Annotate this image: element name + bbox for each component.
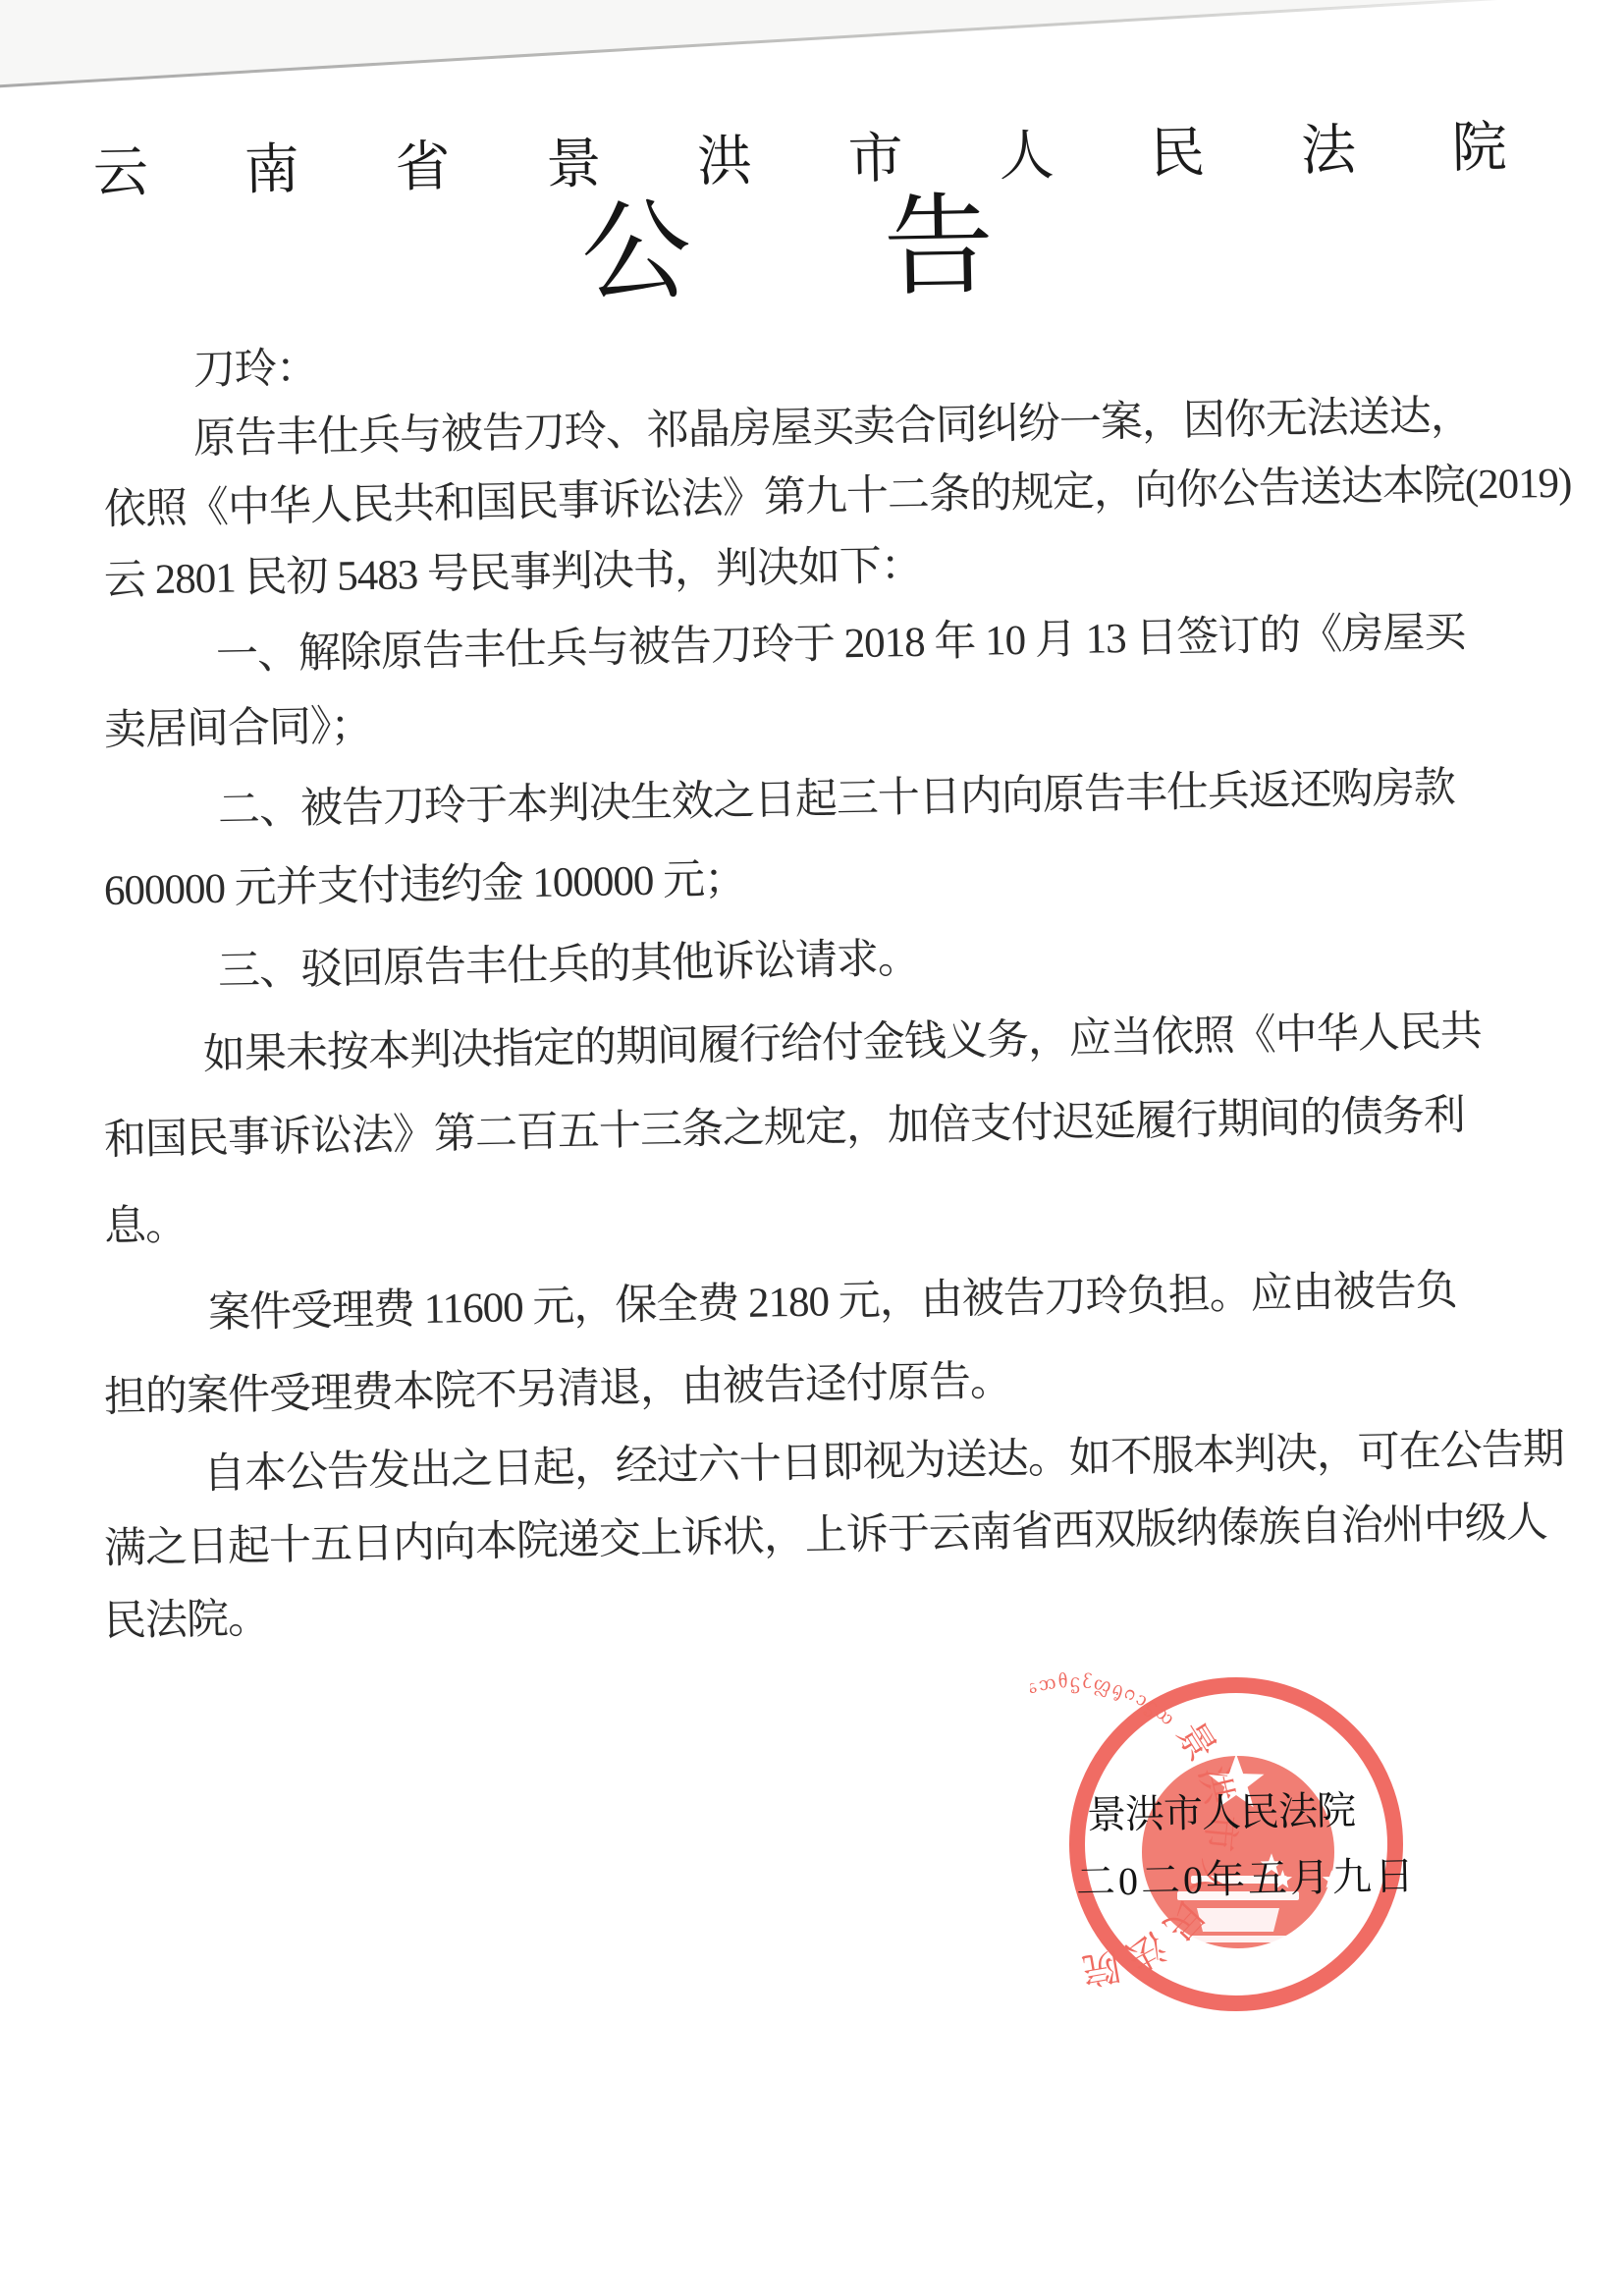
emblem-gate-band bbox=[1185, 1936, 1291, 1942]
body-line: 依照《中华人民共和国民事诉讼法》第九十二条的规定，向你公告送达本院(2019) bbox=[103, 455, 1571, 540]
official-seal: 景洪市人民法院 ᦵᦈᧂᦣᦳᧂᦉᦹᧈᦘᦲᧃᦷᦜᧂᦅᦱᧃᦉᦱ bbox=[1030, 1638, 1442, 2050]
header-char: 洪 bbox=[696, 118, 752, 197]
body-line: 案件受理费 11600 元，保全费 2180 元，由被告刀玲负担。应由被告负 bbox=[207, 1262, 1457, 1343]
header-char: 市 bbox=[847, 115, 903, 194]
header-char: 民 bbox=[1149, 109, 1205, 189]
body-line: 600000 元并支付违约金 100000 元； bbox=[103, 850, 745, 921]
issue-date: 二0二0年五月九日 bbox=[1075, 1845, 1417, 1907]
header-char: 南 bbox=[243, 126, 299, 205]
scanned-court-announcement: 云南省景洪市人民法院 公 告 刀玲： 原告丰仕兵与被告刀玲、祁晶房屋买卖合同纠纷… bbox=[0, 0, 1623, 2296]
body-line: 二、被告刀玲于本判决生效之日起三十日内向原告丰仕兵返还购房款 bbox=[217, 759, 1455, 841]
body-line: 息。 bbox=[103, 1196, 187, 1257]
body-line: 民法院。 bbox=[103, 1590, 269, 1652]
body-line: 原告丰仕兵与被告刀玲、祁晶房屋买卖合同纠纷一案，因你无法送达， bbox=[192, 387, 1472, 469]
salutation: 刀玲： bbox=[192, 340, 317, 401]
body-line: 自本公告发出之日起，经过六十日即视为送达。如不服本判决，可在公告期 bbox=[202, 1421, 1564, 1504]
body-line: 一、解除原告丰仕兵与被告刀玲于 2018 年 10 月 13 日签订的《房屋买 bbox=[215, 604, 1465, 685]
header-char: 云 bbox=[92, 129, 148, 208]
header-char: 法 bbox=[1300, 106, 1356, 186]
scanner-edge-shade bbox=[0, 0, 1623, 86]
court-signature: 景洪市人民法院 bbox=[1086, 1779, 1355, 1840]
body-line: 如果未按本判决指定的期间履行给付金钱义务，应当依照《中华人民共 bbox=[202, 1003, 1482, 1085]
body-line: 卖居间合同》； bbox=[103, 697, 372, 761]
header-char: 省 bbox=[395, 123, 451, 202]
body-line: 满之日起十五日内向本院递交上诉状，上诉于云南省西双版纳傣族自治州中级人 bbox=[103, 1494, 1547, 1579]
header-char: 景 bbox=[545, 121, 601, 200]
body-line: 担的案件受理费本院不另清退，由被告迳付原告。 bbox=[103, 1352, 1011, 1428]
page-title: 公 告 bbox=[580, 187, 995, 315]
body-line: 和国民事诉讼法》第二百五十三条之规定，加倍支付迟延履行期间的债务利 bbox=[103, 1087, 1465, 1171]
title-char: 告 bbox=[883, 187, 995, 309]
seal-graphic: 景洪市人民法院 ᦵᦈᧂᦣᦳᧂᦉᦹᧈᦘᦲᧃᦷᦜᧂᦅᦱᧃᦉᦱ bbox=[1030, 1638, 1442, 2050]
body-line: 三、驳回原告丰仕兵的其他诉讼请求。 bbox=[217, 930, 919, 1002]
title-char: 公 bbox=[580, 192, 692, 315]
header-char: 人 bbox=[999, 112, 1055, 191]
header-char: 院 bbox=[1451, 104, 1507, 184]
body-line: 云 2801 民初 5483 号民事判决书，判决如下： bbox=[103, 537, 922, 611]
